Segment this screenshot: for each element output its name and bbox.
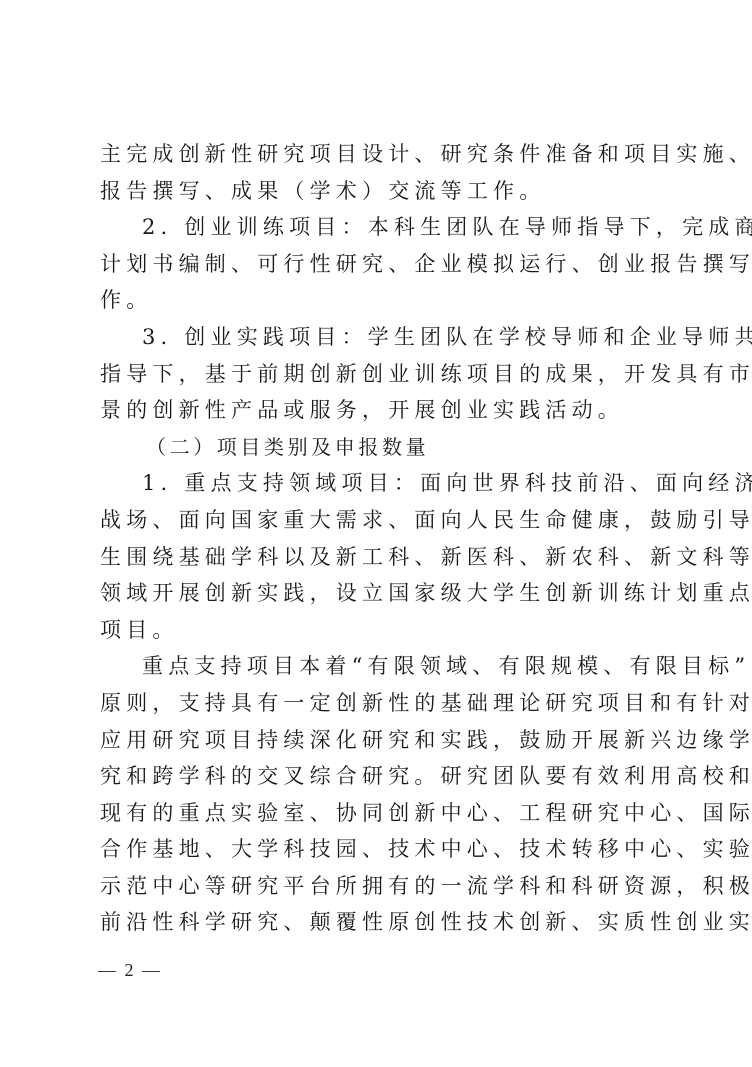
text-line: 计划书编制、可行性研究、企业模拟运行、创业报告撰写等工 [100,246,656,283]
text-line: 重点支持项目本着“有限领域、有限规模、有限目标”的 [100,648,656,685]
text-line: 1. 重点支持领域项目：面向世界科技前沿、面向经济主 [100,465,656,502]
text-line: 应用研究项目持续深化研究和实践，鼓励开展新兴边缘学科研 [100,722,656,759]
text-line: 示范中心等研究平台所拥有的一流学科和科研资源，积极开展 [100,868,656,905]
text-line: 领域开展创新实践，设立国家级大学生创新训练计划重点支持 [100,575,656,612]
section-heading: （二）项目类别及申报数量 [100,429,656,466]
text-line: 前沿性科学研究、颠覆性原创性技术创新、实质性创业实践。 [100,904,656,941]
text-line: 报告撰写、成果（学术）交流等工作。 [100,173,656,210]
text-line: 合作基地、大学科技园、技术中心、技术转移中心、实验教学 [100,831,656,868]
text-line: 项目。 [100,612,656,649]
text-line: 主完成创新性研究项目设计、研究条件准备和项目实施、研究 [100,136,656,173]
text-line: 3. 创业实践项目：学生团队在学校导师和企业导师共同 [100,319,656,356]
paragraph-key-support-principles: 重点支持项目本着“有限领域、有限规模、有限目标”的 原则，支持具有一定创新性的基… [100,648,656,941]
paragraph-entrepreneurship-practice: 3. 创业实践项目：学生团队在学校导师和企业导师共同 指导下，基于前期创新创业训… [100,319,656,429]
text-line: 2. 创业训练项目：本科生团队在导师指导下，完成商业 [100,209,656,246]
text-line: 现有的重点实验室、协同创新中心、工程研究中心、国际科技 [100,795,656,832]
paragraph-key-support-areas: 1. 重点支持领域项目：面向世界科技前沿、面向经济主 战场、面向国家重大需求、面… [100,465,656,648]
heading-text: （二）项目类别及申报数量 [100,429,656,466]
text-line: 究和跨学科的交叉综合研究。研究团队要有效利用高校和社会 [100,758,656,795]
text-line: 战场、面向国家重大需求、面向人民生命健康，鼓励引导大学 [100,502,656,539]
page-number: — 2 — [98,960,162,981]
paragraph-entrepreneurship-training: 2. 创业训练项目：本科生团队在导师指导下，完成商业 计划书编制、可行性研究、企… [100,209,656,319]
paragraph-continuation: 主完成创新性研究项目设计、研究条件准备和项目实施、研究 报告撰写、成果（学术）交… [100,136,656,209]
text-line: 指导下，基于前期创新创业训练项目的成果，开发具有市场前 [100,356,656,393]
text-line: 作。 [100,282,656,319]
text-line: 景的创新性产品或服务，开展创业实践活动。 [100,392,656,429]
document-body: 主完成创新性研究项目设计、研究条件准备和项目实施、研究 报告撰写、成果（学术）交… [100,136,656,941]
text-line: 生围绕基础学科以及新工科、新医科、新农科、新文科等关键 [100,539,656,576]
text-line: 原则，支持具有一定创新性的基础理论研究项目和有针对性的 [100,685,656,722]
